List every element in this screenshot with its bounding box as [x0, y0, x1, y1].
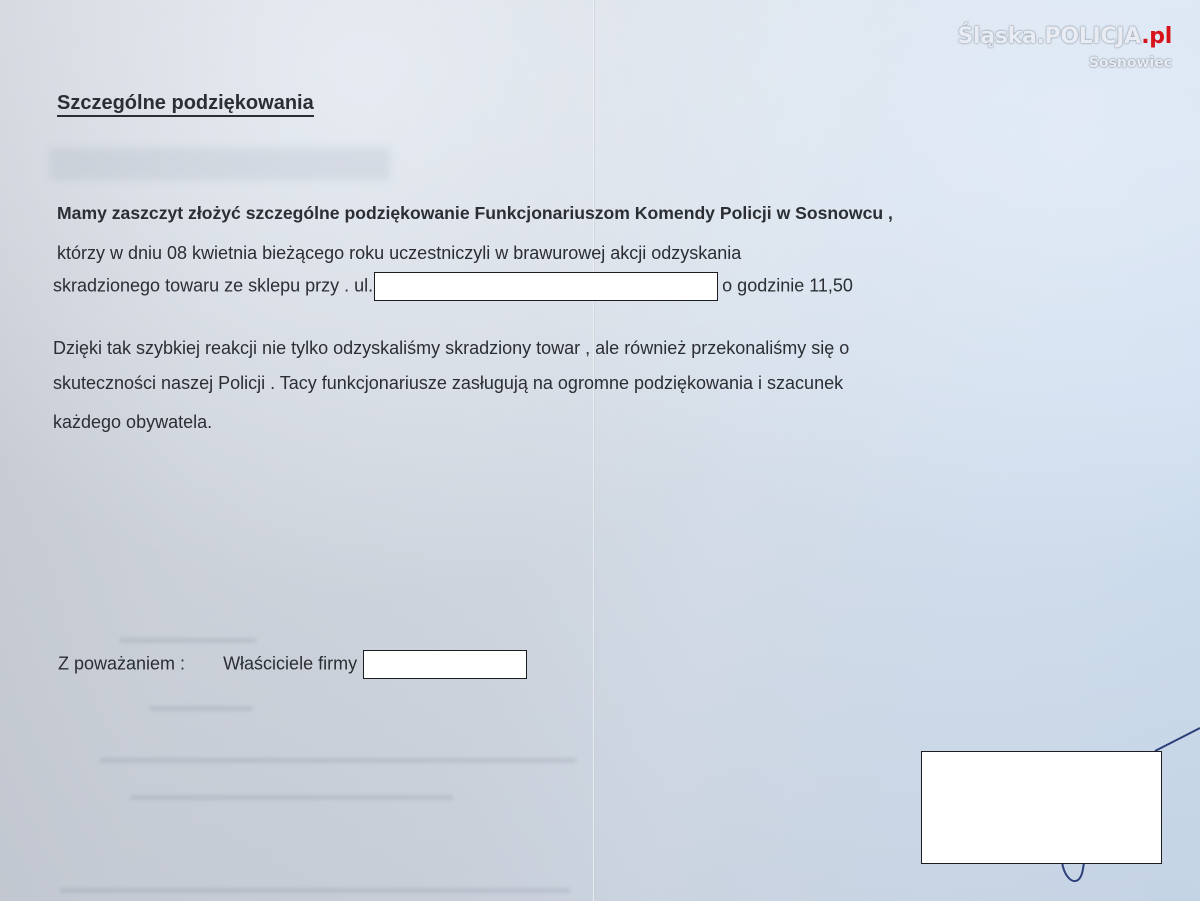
redacted-firm-box: [363, 650, 527, 679]
paragraph1-line1: Mamy zaszczyt złożyć szczególne podzięko…: [57, 202, 893, 224]
blurred-line: [50, 148, 390, 180]
paragraph2-line1: Dzięki tak szybkiej reakcji nie tylko od…: [53, 337, 849, 359]
paragraph2-line2: skuteczności naszej Policji . Tacy funkc…: [53, 372, 843, 394]
paragraph1-line3-end: o godzinie 11,50: [722, 275, 853, 295]
paragraph1-line3-start: skradzionego towaru ze sklepu przy . ul.: [53, 275, 373, 295]
redacted-street-box: [374, 272, 718, 301]
paragraph1-line3: skradzionego towaru ze sklepu przy . ul.…: [53, 272, 853, 301]
closing-salutation: Z poważaniem :: [58, 653, 185, 673]
redacted-signature-box: [921, 751, 1162, 864]
closing-signatory: Właściciele firmy: [223, 653, 357, 673]
paragraph1-line2: którzy w dniu 08 kwietnia bieżącego roku…: [57, 242, 741, 264]
thank-you-letter: Szczególne podziękowania Mamy zaszczyt z…: [0, 0, 1200, 901]
closing-line: Z poważaniem :Właściciele firmy: [58, 650, 527, 679]
paragraph2-line3: każdego obywatela.: [53, 411, 212, 433]
letter-title: Szczególne podziękowania: [57, 92, 314, 117]
